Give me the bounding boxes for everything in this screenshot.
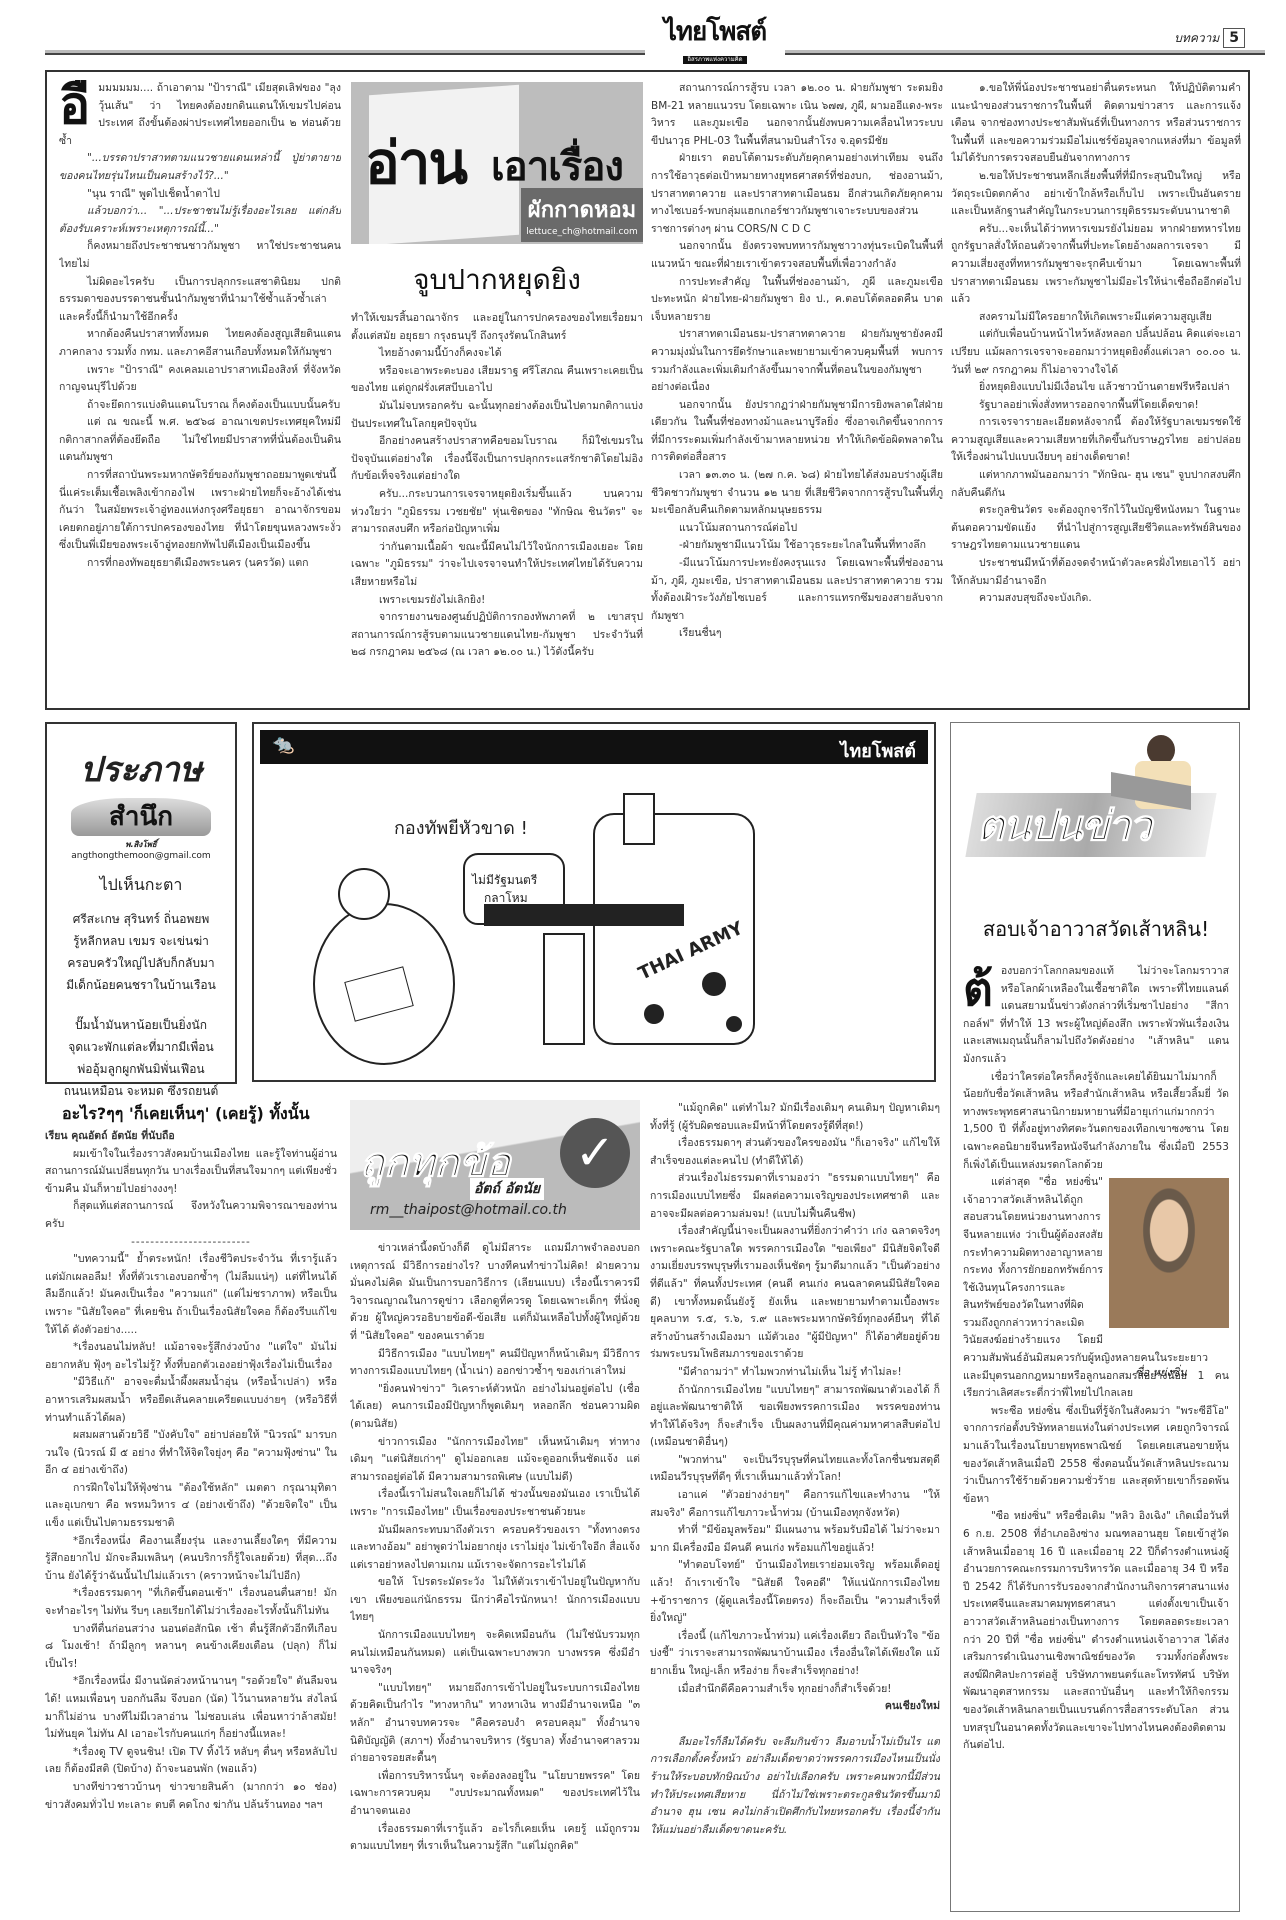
paragraph: "ยิ่งคนฟ่าข่าว" วิเคราะห์ตัวหนัก อย่างไม… [350, 1381, 640, 1434]
paragraph: ฝ่ายเรา ตอบโต้ตามระดับภัยคุกคามอย่างเท่า… [651, 150, 943, 238]
paragraph: เรียนชื่นๆ [651, 625, 943, 643]
paragraph: "บทความนี้" ย้ำตระหนัก! เรื่องชีวิตประจำ… [45, 1251, 337, 1339]
paragraph: เรื่องธรรมดาที่เรารู้แล้ว อะไรก็เคยเห็น … [350, 1821, 640, 1856]
svg-text:กองทัพยีหัวขาด !: กองทัพยีหัวขาด ! [394, 818, 528, 839]
paragraph: อีกอย่างคนสร้างปราสาทคือขอมโบราณ ก็มิใช่… [351, 433, 643, 486]
paragraph: หรือจะเอาพระตะบอง เสียมราฐ ศรีโสภณ คืนเพ… [351, 363, 643, 398]
dukdu-column-banner: ถูกทุกข้อ อัตถ์ อัตนัย ✓ rm__thaipost@ho… [350, 1100, 640, 1230]
poem-line: จุดแวะพักแต่ละที่มากมีเพื่อน [47, 1036, 235, 1058]
paragraph: สถานการณ์การสู้รบ เวลา ๑๒.๐๐ น. ฝ่ายกัมพ… [651, 80, 943, 150]
paragraph: การที่สถาบันพระมหากษัตริย์ของกัมพูชาถอยม… [59, 467, 341, 555]
letters-column-3: "แม้ถูกคิด" แต่ทำไม? มักมีเรื่องเดิมๆ คน… [650, 1100, 940, 1918]
paragraph: เชื่อว่าใครต่อใครก็คงรู้จักและเคยได้ยินม… [963, 1069, 1229, 1175]
poem-author: พ.สิงโพธิ์ [47, 838, 235, 851]
paragraph: ข่าวการเมือง "นักการเมืองไทย" เห็นหน้าเด… [350, 1434, 640, 1487]
paragraph: ถ้านักการเมืองไทย "แบบไทยๆ" สามารถพัฒนาต… [650, 1382, 940, 1452]
newspaper-logo[interactable]: ไทยโพสต์ อิสรภาพแห่งความคิด [645, 18, 785, 56]
cartoon-header-bar: 🐀 ไทยโพสต์ [260, 730, 928, 764]
paragraph: แล้วบอกว่า... "...ประชาชนไม่รู้เรื่องอะไ… [59, 203, 341, 238]
paragraph: ข่าวเหล่านี้งดบ้างก็ดี ดูไม่มีสาระ แถมมี… [350, 1240, 640, 1346]
paragraph: ก็คงหมายถึงประชาชนชาวกัมพูชา หาใช่ประชาช… [59, 238, 341, 273]
paragraph: เรื่องสำคัญนี้น่าจะเป็นผลงานที่ยิ่งกว่าค… [650, 1223, 940, 1364]
section-label: บทความ [1174, 29, 1219, 48]
paragraph: ไม่ผิดอะไรครับ เป็นการปลุกกระแสชาตินิยม … [59, 274, 341, 327]
paragraph: *อีกเรื่องหนึ่ง คืองานเลี้ยงรุ่น และงานเ… [45, 1533, 337, 1586]
editor-note: ลืมอะไรก็ลืมได้ครับ จะลืมกินข้าว ลืมอาบน… [650, 1734, 940, 1840]
paragraph: การที่กองทัพอยุธยาตีเมืองพระนคร (นครวัด)… [59, 555, 341, 573]
paragraph: พระซือ หย่งซิ่น ซึ่งเป็นที่รู้จักในสังคม… [963, 1403, 1229, 1509]
dukdu-author: อัตถ์ อัตนัย [470, 1178, 544, 1200]
paragraph: แนวโน้มสถานการณ์ต่อไป [651, 520, 943, 538]
paragraph: ส่วนเรื่องไม่ธรรมดาที่เรามองว่า "ธรรมดาแ… [650, 1170, 940, 1223]
paragraph: ผสมผสานด้วยวิธี "บังคับใจ" อย่าปล่อยให้ … [45, 1427, 337, 1480]
logo-tagline: อิสรภาพแห่งความคิด [683, 56, 746, 64]
article-column-4: ๑.ขอให้พี่น้องประชาชนอย่าตื่นตระหนก ให้ป… [951, 80, 1241, 702]
author-email[interactable]: lettuce_ch@hotmail.com [521, 227, 643, 237]
paragraph: หากต้องคืนปราสาททั้งหมด ไทยคงต้องสูญเสีย… [59, 326, 341, 361]
poem-line: รู้หลีกหลบ เขมร จะเข่นฆ่า [47, 930, 235, 952]
paragraph: นอกจากนั้น ยังปรากฏว่าฝ่ายกัมพูชามีการยิ… [651, 397, 943, 467]
paragraph: ถ้าจะยึดการแบ่งดินแดนโบราณ ก็คงต้องเป็นแ… [59, 397, 341, 415]
scroll-banner: สำนึก [71, 798, 211, 836]
paragraph: แต่หากภาพมันออกมาว่า "ทักษิณ- ฮุน เซน" จ… [951, 467, 1241, 502]
paragraph: ขอให้ โปรดระมัดระวัง ไม่ให้ตัวเราเข้าไปอ… [350, 1574, 640, 1627]
poem-box: ประภาษ สำนึก พ.สิงโพธิ์ angthongthemoon@… [45, 722, 237, 1084]
paragraph: "มีวิธีแก้" อาจจะดื่มน้ำผึ้งผสมน้ำอุ่น (… [45, 1374, 337, 1427]
checkmark-icon: ✓ [560, 1118, 630, 1188]
letter-salutation: เรียน คุณอัตถ์ อัตนัย ที่นับถือ [45, 1128, 337, 1146]
paragraph: ยิ่งหยุดยิงแบบไม่มีเงื่อนไข แล้วชาวบ้านต… [951, 379, 1241, 397]
paragraph: เพราะเขมรยังไม่เลิกยิง! [351, 592, 643, 610]
paragraph: ปราสาทตาเมือนธม-ปราสาทตาควาย ฝ่ายกัมพูชา… [651, 326, 943, 396]
paragraph: เรื่องนี้เราไม่สนใจเลยก็ไม่ได้ ช่วงนั้นข… [350, 1486, 640, 1521]
paragraph: "มีคำถามว่า" ทำไมพวกท่านไม่เห็น ไม่รู้ ท… [650, 1364, 940, 1382]
paragraph: เวลา ๑๓.๓๐ น. (๒๗ ก.ค. ๖๘) ฝ่ายไทยได้ส่ง… [651, 467, 943, 520]
poem-line: ครอบครัวใหญ่ไปลับก็กลับมา [47, 952, 235, 974]
paragraph: "แม้ถูกคิด" แต่ทำไม? มักมีเรื่องเดิมๆ คน… [650, 1100, 940, 1135]
poem-email[interactable]: angthongthemoon@gmail.com [47, 851, 235, 861]
paragraph: *เรื่องดู TV ดูจนชิน! เปิด TV ทิ้งไว้ หล… [45, 1744, 337, 1779]
dukdu-email[interactable]: rm__thaipost@hotmail.co.th [370, 1202, 567, 1218]
paragraph: ครับ...จะเห็นได้ว่าทหารเขมรยังไม่ยอม หาก… [951, 221, 1241, 309]
paragraph: มมมมมม.... ถ้าเอาตาม "ป้าราณี" เมียสุดเล… [59, 80, 341, 150]
paragraph: ๑.ขอให้พี่น้องประชาชนอย่าตื่นตระหนก ให้ป… [951, 80, 1241, 168]
paragraph: -ฝ่ายกัมพูชามีแนวโน้ม ใช้อาวุธระยะไกลในพ… [651, 537, 943, 555]
poem-title: ไปเห็นกะตา [47, 873, 235, 898]
paragraph: ไทยอ้างตามนี้บ้างก็คงจะได้ [351, 345, 643, 363]
author-name: ผักกาดหอม [521, 192, 643, 227]
letter-title: อะไร?ๆๆ 'ก็เคยเห็นๆ' (เคยรู้) ทั้งนั้น [62, 1102, 310, 1127]
paragraph: เอาแค่ "ตัวอย่างง่ายๆ" คือการแก้ไขและทำง… [650, 1487, 940, 1522]
paragraph: บางทีข่าวชาวบ้านๆ ข่าวขายสินค้า (มากกว่า… [45, 1779, 337, 1814]
poem-line: ปั๊มน้ำมันหาน้อยเป็นยิ่งนัก [47, 1014, 235, 1036]
poem-line: มีเด็กน้อยคนชราในบ้านเรือน [47, 974, 235, 996]
paragraph: "ทำตอบโจทย์" บ้านเมืองไทยเราย่อมเจริญ พร… [650, 1557, 940, 1627]
cartoon-drawing: กองทัพยีหัวขาด ! ไม่มีรัฐมนตรี กลาโหม สั… [294, 774, 894, 1074]
paragraph: ผมเข้าใจในเรื่องราวสังคมบ้านเมืองไทย และ… [45, 1146, 337, 1199]
banner-title-big: อ่าน [365, 116, 466, 209]
letters-column-1: เรียน คุณอัตถ์ อัตนัย ที่นับถือ ผมเข้าใจ… [45, 1128, 337, 1918]
paragraph: มันมีผลกระทบมาถึงตัวเรา ครอบครัวของเรา "… [350, 1522, 640, 1575]
paragraph: ๒.ขอให้ประชาชนหลีกเลี่ยงพื้นที่ที่มีกระส… [951, 168, 1241, 221]
article-column-3: สถานการณ์การสู้รบ เวลา ๑๒.๐๐ น. ฝ่ายกัมพ… [651, 80, 943, 702]
paragraph: เพราะ "ป้าราณี" คงเคลมเอาปราสาทเมืองสิงห… [59, 362, 341, 397]
poem-line: ศรีสะเกษ สุรินทร์ ถิ่นอพยพ [47, 908, 235, 930]
paragraph: การเจรจารายละเอียดหลังจากนี้ ต้องให้รัฐบ… [951, 414, 1241, 467]
paragraph: "...บรรดาปราสาทตามแนวชายแดนเหล่านี้ ปู่ย… [59, 150, 341, 185]
paragraph: เรื่องนี้ (แก้ไขภาวะน้ำท่วม) แค่เรื่องเด… [650, 1628, 940, 1681]
paragraph: เพื่อการบริหารนั้นๆ จะต้องลงอยู่ใน "นโยบ… [350, 1768, 640, 1821]
section-indicator: บทความ 5 [1174, 28, 1245, 48]
paragraph: "นุน ราณี" พูดไปเช็ดน้ำตาไป [59, 186, 341, 204]
paragraph: เมื่อสำนึกดีคือความสำเร็จ ทุกอย่างก็สำเร… [650, 1681, 940, 1699]
paragraph: *เรื่องนอนไม่หลับ! แม้อาจจะรู้สึกง่วงบ้า… [45, 1339, 337, 1374]
article-column-2: ทำให้เขมรสิ้นอาณาจักร และอยู่ในการปกครอง… [351, 310, 643, 702]
svg-text:ไม่มีรัฐมนตรี: ไม่มีรัฐมนตรี [471, 873, 538, 887]
column-banner: อ่าน เอาเรื่อง ผักกาดหอม lettuce_ch@hotm… [351, 82, 643, 244]
paragraph: สงครามไม่มีใครอยากให้เกิดเพราะมีแต่ความส… [951, 309, 1241, 327]
paragraph: แต่กับเพื่อนบ้านหน้าไหว้หลังหลอก ปลิ้นปล… [951, 326, 1241, 379]
tonpon-series-title: ตนปนข่าว [977, 793, 1150, 859]
paragraph: เรื่องธรรมดาๆ ส่วนตัวของใครของมัน "ก็เอา… [650, 1135, 940, 1170]
masthead: ไทยโพสต์ อิสรภาพแห่งความคิด บทความ 5 [45, 18, 1265, 56]
paragraph: รัฐบาลอย่าเพิ่งสั่งทหารออกจากพื้นที่โดยเ… [951, 397, 1241, 415]
paragraph: องบอกว่าโลกกลมของแท้ ไม่ว่าจะโลกมราวาส ห… [963, 963, 1229, 1069]
paragraph: มีวิธีการเมือง "แบบไทยๆ" คนมีปัญหาก็หน้า… [350, 1346, 640, 1381]
poem-stanza-2: ปั๊มน้ำมันหาน้อยเป็นยิ่งนัก จุดแวะพักแต่… [47, 1014, 235, 1102]
paragraph: "แบบไทยๆ" หมายถึงการเข้าไปอยู่ในระบบการเ… [350, 1680, 640, 1768]
paragraph: -มีแนวโน้มการปะทะยังคงรุนแรง โดยเฉพาะพื้… [651, 555, 943, 625]
paragraph: "พวกท่าน" จะเป็นวีรบุรุษที่คนไทยและทั้งโ… [650, 1452, 940, 1487]
paragraph: ว่ากันตามเนื้อผ้า ขณะนี้มีคนไม่ไว้ใจนักก… [351, 539, 643, 592]
dropcap: อื [59, 82, 90, 130]
logo-name: ไทยโพสต์ [645, 18, 785, 46]
paragraph: นักการเมืองแบบไทยๆ จะคิดเหมือนกัน (ไม่ใช… [350, 1627, 640, 1680]
tonpon-column-box: ตนปนข่าว สอบเจ้าอาวาสวัดเส้าหลิน! ต้ องบ… [950, 722, 1240, 1912]
poem-series-subtitle: สำนึก [109, 802, 173, 832]
paragraph: "ซือ หย่งซิ่น" หรือชื่อเดิม "หลิว อิงเฉิ… [963, 1508, 1229, 1754]
top-article-box: อื มมมมมม.... ถ้าเอาตาม "ป้าราณี" เมียสุ… [45, 70, 1250, 710]
paragraph: *อีกเรื่องหนึ่ง มีงานนัดล่วงหน้านานๆ "รอ… [45, 1673, 337, 1743]
paragraph: ทำให้เขมรสิ้นอาณาจักร และอยู่ในการปกครอง… [351, 310, 643, 345]
paragraph: นอกจากนั้น ยังตรวจพบทหารกัมพูชาวางทุ่นระ… [651, 238, 943, 273]
letters-column-2: ข่าวเหล่านี้งดบ้างก็ดี ดูไม่มีสาระ แถมมี… [350, 1240, 640, 1918]
mascot-icon: 🐀 [272, 734, 294, 755]
divider: ------------------------- [45, 1234, 337, 1252]
paragraph: แต่ ณ ขณะนี้ พ.ศ. ๒๕๖๘ อาณาเขตประเทศยุคใ… [59, 414, 341, 467]
paragraph: ประชาชนมีหน้าที่ต้องจดจำหน้าตัวละครฝั่งไ… [951, 555, 1241, 590]
paragraph: จากรายงานของศูนย์ปฏิบัติการกองทัพภาคที่ … [351, 609, 643, 662]
cartoon-brand: ไทยโพสต์ [840, 736, 916, 765]
paragraph: ครับ...กระบวนการเจรจาหยุดยิงเริ่มขึ้นแล้… [351, 486, 643, 539]
paragraph: การปะทะสำคัญ ในพื้นที่ช่องอานม้า, ภูผี แ… [651, 274, 943, 327]
abbot-photo [1109, 1178, 1229, 1328]
poem-series-title: ประภาษ [47, 742, 235, 796]
tonpon-body: ต้ องบอกว่าโลกกลมของแท้ ไม่ว่าจะโลกมราวา… [963, 963, 1229, 1903]
poem-stanza-1: ศรีสะเกษ สุรินทร์ ถิ่นอพยพ รู้หลีกหลบ เข… [47, 908, 235, 996]
paragraph: *เรื่องธรรมดาๆ "ที่เกิดขึ้นตอนเช้า" เรื่… [45, 1585, 337, 1620]
paragraph: ตระกูลชินวัตร จะต้องถูกจารึกไว้ในบัญชีหน… [951, 502, 1241, 555]
page-number: 5 [1223, 28, 1245, 48]
photo-caption: ซื่อ หย่งซิ่น [1101, 1363, 1221, 1381]
author-bar: ผักกาดหอม lettuce_ch@hotmail.com [521, 188, 643, 242]
poem-line: พ่ออุ้มลูกผูกพันมิพั่นเฟือน [47, 1058, 235, 1080]
tonpon-headline: สอบเจ้าอาวาสวัดเส้าหลิน! [961, 913, 1231, 945]
paragraph: การฝึกใจไม่ให้ฟุ้งซ่าน "ต้องใช้หลัก" เมต… [45, 1480, 337, 1533]
svg-text:กลาโหม: กลาโหม [484, 891, 528, 905]
poem-line: ถนนเหมือน จะหมด ซึ่งรถยนต์ [47, 1080, 235, 1102]
letter-signature: คนเชียงใหม่ [650, 1698, 940, 1716]
paragraph: ความสงบสุขถึงจะบังเกิด. [951, 590, 1241, 608]
paragraph: บางทีตื่นก่อนสว่าง นอนต่อสักนิด เช้า ตื่… [45, 1621, 337, 1674]
paragraph: ก็สุดแท้แต่สถานการณ์ จึงหวังในความพิจารณ… [45, 1198, 337, 1233]
paragraph: มันไม่จบหรอกครับ ฉะนั้นทุกอย่างต้องเป็นไ… [351, 398, 643, 433]
paragraph: ทำที่ "มีข้อมูลพร้อม" มีแผนงาน พร้อมรับม… [650, 1522, 940, 1557]
article-headline: จูบปากหยุดยิง [351, 258, 643, 302]
dropcap: ต้ [963, 965, 993, 1013]
editorial-cartoon: 🐀 ไทยโพสต์ กองทัพยีหัวขาด ! ไม่มีรัฐมนตร… [252, 722, 936, 1082]
article-column-1: อื มมมมมม.... ถ้าเอาตาม "ป้าราณี" เมียสุ… [59, 80, 341, 702]
